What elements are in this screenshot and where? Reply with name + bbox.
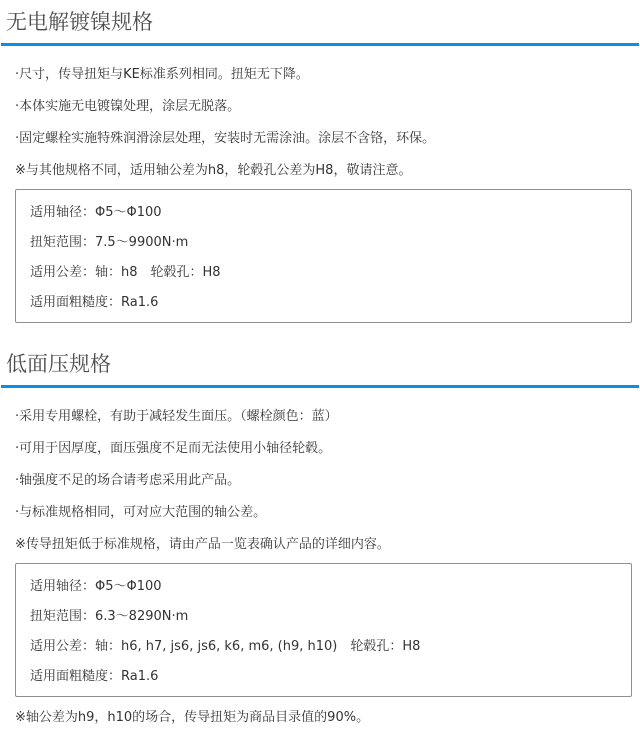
spec-row-shaft-diameter: 适用轴径：Φ5～Φ100 (30, 580, 621, 594)
spec-row-torque-range: 扭矩范围：7.5～9900N·m (30, 236, 621, 250)
note-item: ※传导扭矩低于标准规格，请由产品一览表确认产品的详细内容。 (15, 538, 630, 552)
section-low-surface-pressure: 低面压规格 ·采用专用螺栓，有助于减轻发生面压。（螺栓颜色：蓝） ·可用于因厚度… (0, 353, 640, 725)
note-item: ※与其他规格不同，适用轴公差为h8，轮毂孔公差为H8，敬请注意。 (15, 164, 630, 178)
spec-summary-box: 适用轴径：Φ5～Φ100 扭矩范围：6.3～8290N·m 适用公差：轴：h6,… (15, 563, 632, 697)
section-title-underline (1, 43, 639, 46)
bullet-item: ·尺寸，传导扭矩与KE标准系列相同。扭矩无下降。 (15, 68, 630, 82)
bullet-item: ·固定螺栓实施特殊润滑涂层处理，安装时无需涂油。涂层不含铬，环保。 (15, 132, 630, 146)
bullet-item: ·本体实施无电镀镍处理，涂层无脱落。 (15, 100, 630, 114)
spec-row-tolerance: 适用公差：轴：h8 轮毂孔：H8 (30, 266, 621, 280)
section-title-underline (1, 385, 639, 388)
bullet-item: ·可用于因厚度，面压强度不足而无法使用小轴径轮毂。 (15, 442, 630, 456)
section-title-low-surface-pressure: 低面压规格 (6, 353, 640, 376)
spec-summary-box: 适用轴径：Φ5～Φ100 扭矩范围：7.5～9900N·m 适用公差：轴：h8 … (15, 189, 632, 323)
bullet-item: ·采用专用螺栓，有助于减轻发生面压。（螺栓颜色：蓝） (15, 410, 630, 424)
tolerance-footnote: ※轴公差为h9，h10的场合，传导扭矩为商品目录值的90%。 (15, 711, 640, 725)
section-title-electroless-nickel: 无电解镀镍规格 (6, 11, 640, 34)
spec-row-torque-range: 扭矩范围：6.3～8290N·m (30, 610, 621, 624)
bullet-list: ·采用专用螺栓，有助于减轻发生面压。（螺栓颜色：蓝） ·可用于因厚度，面压强度不… (15, 410, 630, 552)
spec-row-tolerance: 适用公差：轴：h6, h7, js6, js6, k6, m6, (h9, h1… (30, 640, 621, 654)
bullet-item: ·与标准规格相同，可对应大范围的轴公差。 (15, 506, 630, 520)
spec-row-shaft-diameter: 适用轴径：Φ5～Φ100 (30, 206, 621, 220)
spec-row-surface-roughness: 适用面粗糙度：Ra1.6 (30, 670, 621, 684)
bullet-list: ·尺寸，传导扭矩与KE标准系列相同。扭矩无下降。 ·本体实施无电镀镍处理，涂层无… (15, 68, 630, 178)
bullet-item: ·轴强度不足的场合请考虑采用此产品。 (15, 474, 630, 488)
spec-page: 无电解镀镍规格 ·尺寸，传导扭矩与KE标准系列相同。扭矩无下降。 ·本体实施无电… (0, 0, 640, 725)
spec-row-surface-roughness: 适用面粗糙度：Ra1.6 (30, 296, 621, 310)
section-electroless-nickel-plating: 无电解镀镍规格 ·尺寸，传导扭矩与KE标准系列相同。扭矩无下降。 ·本体实施无电… (0, 11, 640, 323)
